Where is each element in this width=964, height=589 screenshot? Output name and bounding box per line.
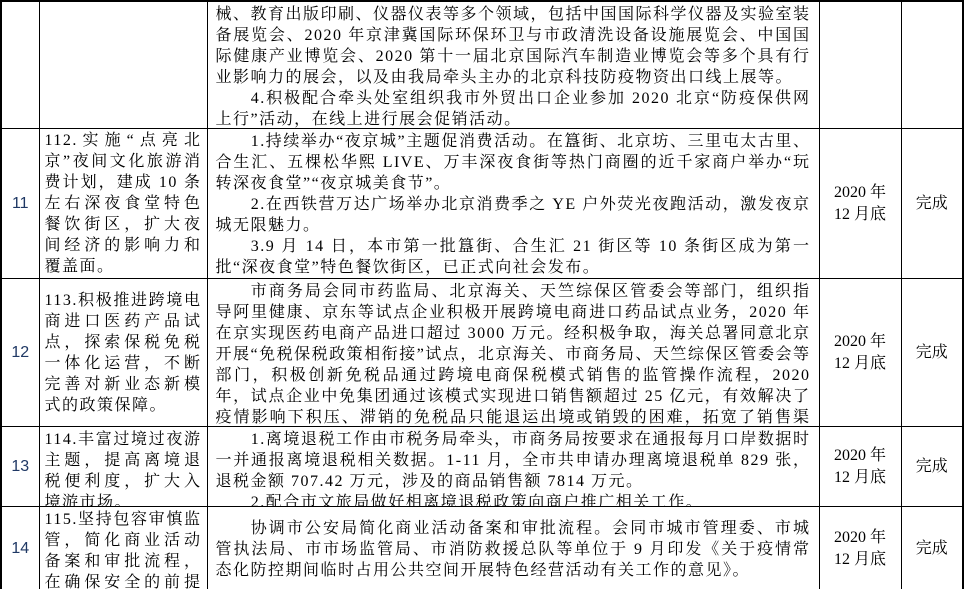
status-cell: 完成: [901, 129, 963, 279]
progress-text: 1.持续举办“夜京城”主题促消费活动。在簋街、北京坊、三里屯太古里、合生汇、五棵…: [208, 129, 819, 278]
status-text: [902, 2, 963, 128]
row-number-cell: 13: [1, 427, 39, 507]
deadline-cell: 2020 年 12 月底: [819, 507, 901, 589]
progress-cell: 1.持续举办“夜京城”主题促消费活动。在簋街、北京坊、三里屯太古里、合生汇、五棵…: [207, 129, 819, 279]
progress-paragraph: 1.离境退税工作由市税务局牵头，市商务局按要求在通报每月口岸数据时一并通报离境退…: [216, 429, 811, 492]
row-number-cell: 14: [1, 507, 39, 589]
deadline-text: 2020 年 12 月底: [827, 331, 893, 375]
row-number-cell: 11: [1, 129, 39, 279]
progress-cell: 械、教育出版印刷、仪器仪表等多个领域，包括中国国际科学仪器及实验室装备展览会、2…: [207, 1, 819, 129]
status-text: 完成: [902, 427, 963, 506]
status-text: 完成: [902, 129, 963, 278]
progress-text: 市商务局会同市药监局、北京海关、天竺综保区管委会等部门，组织指导阿里健康、京东等…: [208, 279, 819, 426]
task-cell: 115.坚持包容审慎监管，简化商业活动备案和审批流程，在确保安全的前提下支持“外: [39, 507, 207, 589]
table-row: 械、教育出版印刷、仪器仪表等多个领域，包括中国国际科学仪器及实验室装备展览会、2…: [1, 1, 963, 129]
deadline-text: 2020 年 12 月底: [827, 445, 893, 489]
row-number: [2, 2, 39, 128]
status-cell: 完成: [901, 507, 963, 589]
progress-cell: 协调市公安局简化商业活动备案和审批流程。会同市城市管理委、市城管执法局、市市场监…: [207, 507, 819, 589]
progress-paragraph: 市商务局会同市药监局、北京海关、天竺综保区管委会等部门，组织指导阿里健康、京东等…: [216, 281, 811, 426]
deadline-text: 2020 年 12 月底: [827, 182, 893, 226]
table-row: 12 113.积极推进跨境电商进口医药产品试点，探索保税免税一体化运营，不断完善…: [1, 279, 963, 427]
progress-text: 协调市公安局简化商业活动备案和审批流程。会同市城市管理委、市城管执法局、市市场监…: [208, 507, 819, 589]
deadline-cell: [819, 1, 901, 129]
status-cell: 完成: [901, 427, 963, 507]
deadline-cell: 2020 年 12 月底: [819, 129, 901, 279]
deadline-text: 2020 年 12 月底: [827, 527, 893, 571]
deadline-cell: 2020 年 12 月底: [819, 279, 901, 427]
row-number: 14: [2, 507, 39, 589]
progress-cell: 1.离境退税工作由市税务局牵头，市商务局按要求在通报每月口岸数据时一并通报离境退…: [207, 427, 819, 507]
table-row: 11 112.实施“点亮北京”夜间文化旅游消费计划，建成 10 条左右深夜食堂特…: [1, 129, 963, 279]
task-cell: [39, 1, 207, 129]
progress-cell: 市商务局会同市药监局、北京海关、天竺综保区管委会等部门，组织指导阿里健康、京东等…: [207, 279, 819, 427]
task-cell: 114.丰富过境过夜游主题，提高离境退税便利度，扩大入境游市场。: [39, 427, 207, 507]
progress-paragraph: 1.持续举办“夜京城”主题促消费活动。在簋街、北京坊、三里屯太古里、合生汇、五棵…: [216, 131, 811, 194]
progress-paragraph: 4.积极配合牵头处室组织我市外贸出口企业参加 2020 北京“防疫保供网上行”活…: [216, 88, 811, 128]
progress-paragraph: 械、教育出版印刷、仪器仪表等多个领域，包括中国国际科学仪器及实验室装备展览会、2…: [216, 4, 811, 88]
status-text: 完成: [902, 507, 963, 589]
task-text: [40, 2, 207, 128]
status-cell: [901, 1, 963, 129]
table-row: 13 114.丰富过境过夜游主题，提高离境退税便利度，扩大入境游市场。 1.离境…: [1, 427, 963, 507]
progress-paragraph: 2.配合市文旅局做好相离境退税政策向商户推广相关工作。: [216, 492, 811, 506]
task-text: 113.积极推进跨境电商进口医药产品试点，探索保税免税一体化运营，不断完善对新业…: [40, 279, 207, 426]
progress-paragraph: 2.在西铁营万达广场举办北京消费季之 YE 户外荧光夜跑活动，激发夜京城无限魅力…: [216, 194, 811, 236]
row-number: 12: [2, 279, 39, 426]
document-page: 械、教育出版印刷、仪器仪表等多个领域，包括中国国际科学仪器及实验室装备展览会、2…: [0, 0, 964, 589]
progress-text: 械、教育出版印刷、仪器仪表等多个领域，包括中国国际科学仪器及实验室装备展览会、2…: [208, 2, 819, 128]
row-number-cell: 12: [1, 279, 39, 427]
task-cell: 113.积极推进跨境电商进口医药产品试点，探索保税免税一体化运营，不断完善对新业…: [39, 279, 207, 427]
task-cell: 112.实施“点亮北京”夜间文化旅游消费计划，建成 10 条左右深夜食堂特色餐饮…: [39, 129, 207, 279]
task-text: 114.丰富过境过夜游主题，提高离境退税便利度，扩大入境游市场。: [40, 427, 207, 506]
progress-paragraph: 协调市公安局简化商业活动备案和审批流程。会同市城市管理委、市城管执法局、市市场监…: [216, 518, 811, 581]
row-number: 11: [2, 129, 39, 278]
deadline-cell: 2020 年 12 月底: [819, 427, 901, 507]
progress-table: 械、教育出版印刷、仪器仪表等多个领域，包括中国国际科学仪器及实验室装备展览会、2…: [0, 0, 964, 589]
progress-text: 1.离境退税工作由市税务局牵头，市商务局按要求在通报每月口岸数据时一并通报离境退…: [208, 427, 819, 506]
table-row: 14 115.坚持包容审慎监管，简化商业活动备案和审批流程，在确保安全的前提下支…: [1, 507, 963, 589]
task-text: 115.坚持包容审慎监管，简化商业活动备案和审批流程，在确保安全的前提下支持“外: [40, 507, 207, 589]
row-number: 13: [2, 427, 39, 506]
progress-paragraph: 3.9 月 14 日，本市第一批簋街、合生汇 21 街区等 10 条街区成为第一…: [216, 236, 811, 278]
row-number-cell: [1, 1, 39, 129]
status-text: 完成: [902, 279, 963, 426]
status-cell: 完成: [901, 279, 963, 427]
task-text: 112.实施“点亮北京”夜间文化旅游消费计划，建成 10 条左右深夜食堂特色餐饮…: [40, 129, 207, 278]
